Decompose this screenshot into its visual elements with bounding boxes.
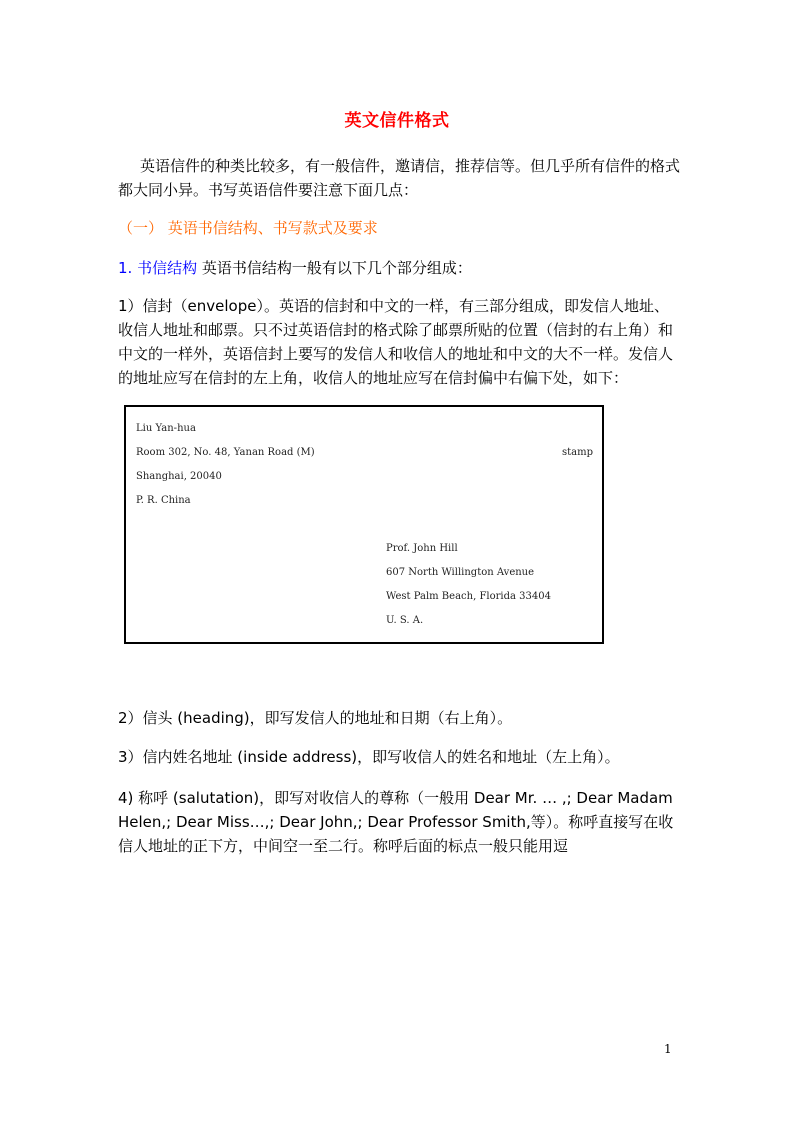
subsection-label: 1. 书信结构 — [118, 259, 197, 277]
sender-line: Shanghai, 20040 — [136, 471, 222, 482]
document-title: 英文信件格式 — [0, 106, 794, 131]
sender-line: Room 302, No. 48, Yanan Road (M) — [136, 447, 315, 458]
stamp-label: stamp — [562, 447, 593, 458]
sender-line: P. R. China — [136, 495, 191, 506]
item-inside-address: 3）信内姓名地址 (inside address)，即写收信人的姓名和地址（左上… — [118, 745, 683, 769]
item-envelope: 1）信封（envelope）。英语的信封和中文的一样，有三部分组成，即发信人地址… — [118, 294, 683, 390]
recipient-line: Prof. John Hill — [386, 543, 458, 554]
intro-paragraph: 英语信件的种类比较多，有一般信件，邀请信，推荐信等。但几乎所有信件的格式都大同小… — [118, 154, 683, 202]
item-heading: 2）信头 (heading)，即写发信人的地址和日期（右上角）。 — [118, 706, 683, 730]
section-heading: （一） 英语书信结构、书写款式及要求 — [118, 216, 378, 240]
recipient-line: West Palm Beach, Florida 33404 — [386, 591, 551, 602]
subsection-heading: 1. 书信结构 英语书信结构一般有以下几个部分组成： — [118, 256, 472, 280]
document-page: 英文信件格式 英语信件的种类比较多，有一般信件，邀请信，推荐信等。但几乎所有信件… — [0, 0, 794, 1123]
recipient-line: 607 North Willington Avenue — [386, 567, 534, 578]
envelope-example: Liu Yan-hua Room 302, No. 48, Yanan Road… — [124, 405, 604, 644]
sender-line: Liu Yan-hua — [136, 423, 196, 434]
item-salutation: 4) 称呼 (salutation)，即写对收信人的尊称（一般用 Dear Mr… — [118, 786, 683, 858]
recipient-line: U. S. A. — [386, 615, 423, 626]
page-number: 1 — [664, 1042, 672, 1056]
subsection-text: 英语书信结构一般有以下几个部分组成： — [197, 259, 472, 277]
